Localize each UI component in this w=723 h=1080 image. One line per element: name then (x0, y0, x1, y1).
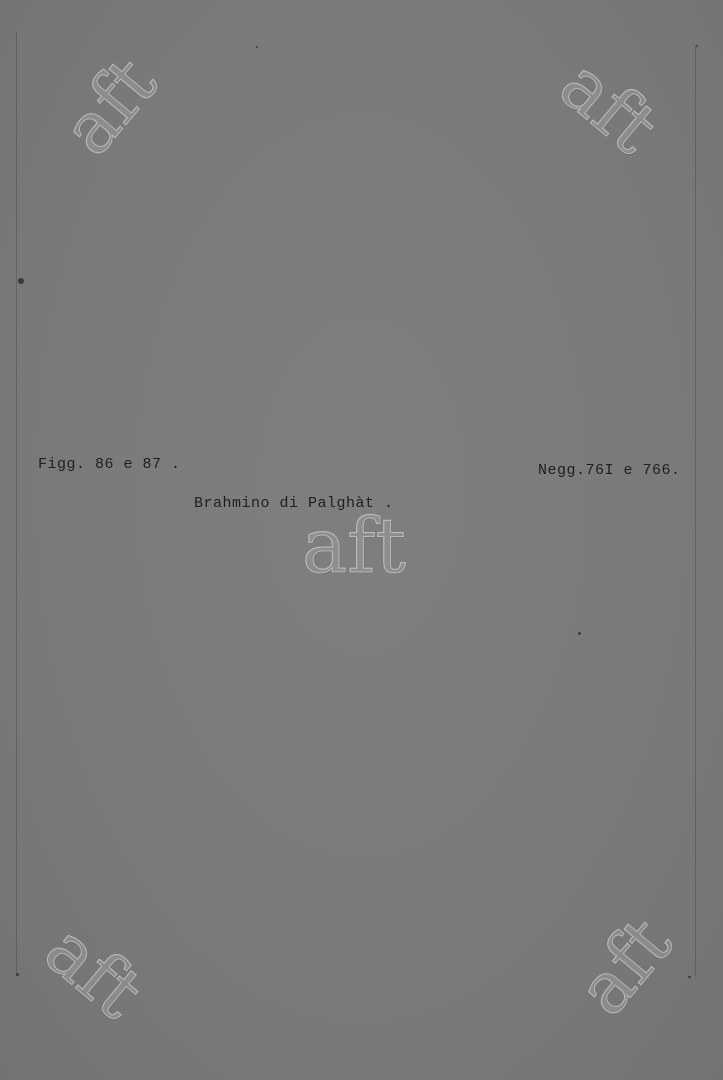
watermark-center: aft (302, 508, 406, 584)
ink-speck (256, 46, 258, 48)
archive-card: Figg. 86 e 87 . Negg.76I e 766. Brahmino… (0, 0, 723, 1080)
card-right-edge (695, 46, 696, 976)
ink-speck (688, 976, 691, 978)
watermark-top-right: aft (548, 47, 670, 165)
negative-reference: Negg.76I e 766. (538, 462, 681, 479)
ink-speck (18, 278, 24, 284)
ink-speck (578, 632, 581, 635)
card-left-edge (16, 32, 17, 977)
watermark-bottom-right: aft (565, 905, 683, 1027)
watermark-bottom-left: aft (33, 912, 155, 1030)
watermark-top-left: aft (50, 45, 168, 167)
figure-reference: Figg. 86 e 87 . (38, 456, 181, 473)
ink-speck (16, 973, 19, 976)
ink-speck (696, 45, 698, 47)
